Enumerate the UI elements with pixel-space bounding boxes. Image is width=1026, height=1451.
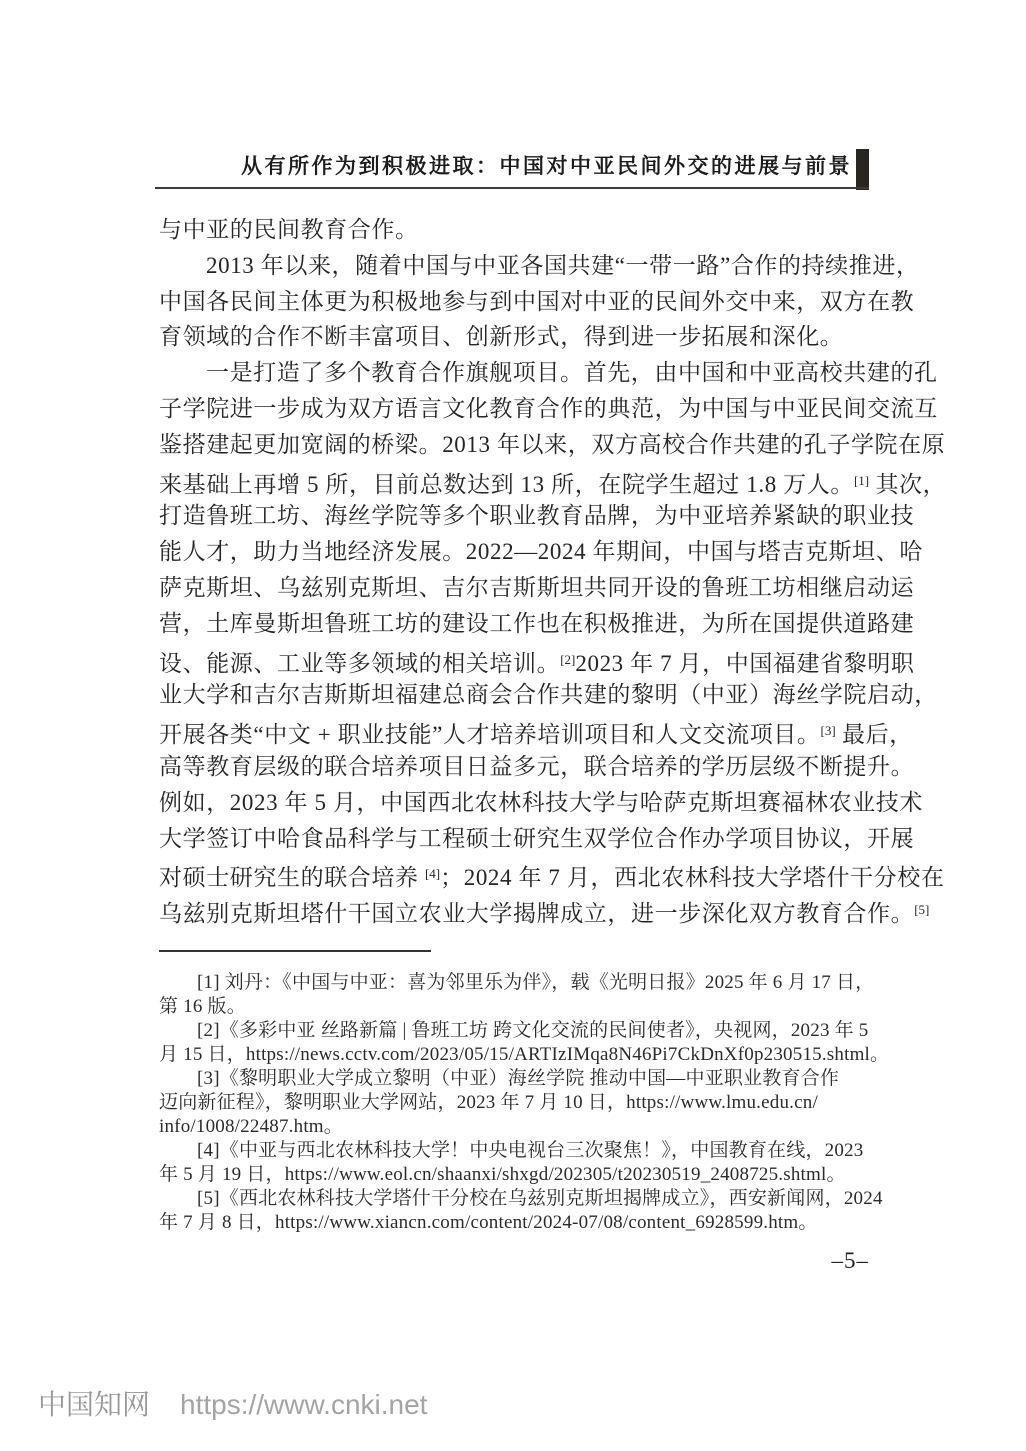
footnote-ref-marker: [2] <box>560 652 575 667</box>
footnote-ref-marker: [1] <box>854 473 869 488</box>
body-line-text: 打造鲁班工坊、海丝学院等多个职业教育品牌，为中亚培养紧缺的职业技 <box>159 503 914 528</box>
body-line: 与中亚的民间教育合作。 <box>159 212 871 248</box>
body-line-text: 子学院进一步成为双方语言文化教育合作的典范，为中国与中亚民间交流互 <box>159 396 938 421</box>
body-line-text: 例如，2023 年 5 月，中国西北农林科技大学与哈萨克斯坦赛福林农业技术 <box>159 790 923 815</box>
footnote-ref-marker: [5] <box>914 902 929 917</box>
body-line-text: 2023 年 7 月，中国福建省黎明职 <box>575 651 914 676</box>
body-line: 营，土库曼斯坦鲁班工坊的建设工作也在积极推进，为所在国提供道路建 <box>159 606 871 642</box>
body-line-text: 营，土库曼斯坦鲁班工坊的建设工作也在积极推进，为所在国提供道路建 <box>159 611 914 636</box>
footnote-line: 迈向新征程》，黎明职业大学网站，2023 年 7 月 10 日，https://… <box>159 1091 871 1115</box>
body-line: 中国各民间主体更为积极地参与到中国对中亚的民间外交中来，双方在教 <box>159 284 871 320</box>
body-line-text: 与中亚的民间教育合作。 <box>159 217 419 242</box>
body-line-text: 一是打造了多个教育合作旗舰项目。首先，由中国和中亚高校共建的孔 <box>206 360 938 385</box>
body-line: 高等教育层级的联合培养项目日益多元，联合培养的学历层级不断提升。 <box>159 749 871 785</box>
body-line-text: 2013 年以来，随着中国与中亚各国共建“一带一路”合作的持续推进， <box>206 253 920 278</box>
footnote-ref-marker: [3] <box>821 723 836 738</box>
footnote-line: [3]《黎明职业大学成立黎明（中亚）海丝学院 推动中国—中亚职业教育合作 <box>159 1067 871 1091</box>
footnote-line: 第 16 版。 <box>159 995 871 1019</box>
body-line: 乌兹别克斯坦塔什干国立农业大学揭牌成立，进一步深化双方教育合作。[5] <box>159 892 871 928</box>
body-line: 子学院进一步成为双方语言文化教育合作的典范，为中国与中亚民间交流互 <box>159 391 871 427</box>
body-line: 业大学和吉尔吉斯斯坦福建总商会合作共建的黎明（中亚）海丝学院启动， <box>159 677 871 713</box>
body-line-text: 设、能源、工业等多领域的相关培训。 <box>159 651 560 676</box>
body-line: 对硕士研究生的联合培养 [4]；2024 年 7 月，西北农林科技大学塔什干分校… <box>159 856 871 892</box>
body-line: 萨克斯坦、乌兹别克斯坦、吉尔吉斯斯坦共同开设的鲁班工坊相继启动运 <box>159 570 871 606</box>
cnki-logo-text: 中国知网 <box>38 1389 150 1420</box>
cnki-url-text: https://www.cnki.net <box>180 1389 427 1420</box>
footnote-line: [5]《西北农林科技大学塔什干分校在乌兹别克斯坦揭牌成立》，西安新闻网，2024 <box>159 1187 871 1211</box>
body-line: 来基础上再增 5 所，目前总数达到 13 所，在院学生超过 1.8 万人。[1]… <box>159 463 871 499</box>
body-line-text: 能人才，助力当地经济发展。2022—2024 年期间，中国与塔吉克斯坦、哈 <box>159 539 923 564</box>
body-line-text: 育领域的合作不断丰富项目、创新形式，得到进一步拓展和深化。 <box>159 324 843 349</box>
body-line: 育领域的合作不断丰富项目、创新形式，得到进一步拓展和深化。 <box>159 319 871 355</box>
body-line: 设、能源、工业等多领域的相关培训。[2]2023 年 7 月，中国福建省黎明职 <box>159 642 871 678</box>
body-line-text: 其次， <box>869 472 946 497</box>
body-line: 例如，2023 年 5 月，中国西北农林科技大学与哈萨克斯坦赛福林农业技术 <box>159 785 871 821</box>
body-line-text: 最后， <box>836 722 913 747</box>
body-line: 鉴搭建起更加宽阔的桥梁。2013 年以来，双方高校合作共建的孔子学院在原 <box>159 427 871 463</box>
body-line-text: 开展各类“中文 + 职业技能”人才培养培训项目和人文交流项目。 <box>159 722 821 747</box>
body-line-text: 高等教育层级的联合培养项目日益多元，联合培养的学历层级不断提升。 <box>159 754 914 779</box>
header-rule <box>155 187 869 189</box>
footnote-ref-marker: [4] <box>425 866 440 881</box>
body-line: 一是打造了多个教育合作旗舰项目。首先，由中国和中亚高校共建的孔 <box>159 355 871 391</box>
body-line: 能人才，助力当地经济发展。2022—2024 年期间，中国与塔吉克斯坦、哈 <box>159 534 871 570</box>
page-number: –5– <box>155 1248 869 1274</box>
footnote-separator <box>159 950 431 952</box>
body-line: 打造鲁班工坊、海丝学院等多个职业教育品牌，为中亚培养紧缺的职业技 <box>159 498 871 534</box>
body-line-text: 乌兹别克斯坦塔什干国立农业大学揭牌成立，进一步深化双方教育合作。 <box>159 901 914 926</box>
body-line-text: 萨克斯坦、乌兹别克斯坦、吉尔吉斯斯坦共同开设的鲁班工坊相继启动运 <box>159 575 914 600</box>
body-line: 大学签订中哈食品科学与工程硕士研究生双学位合作办学项目协议，开展 <box>159 821 871 857</box>
body-line-text: 大学签订中哈食品科学与工程硕士研究生双学位合作办学项目协议，开展 <box>159 826 914 851</box>
document-page: 从有所作为到积极进取：中国对中亚民间外交的进展与前景 与中亚的民间教育合作。20… <box>0 0 1026 1451</box>
body-text: 与中亚的民间教育合作。2013 年以来，随着中国与中亚各国共建“一带一路”合作的… <box>159 212 871 928</box>
body-line: 开展各类“中文 + 职业技能”人才培养培训项目和人文交流项目。[3] 最后， <box>159 713 871 749</box>
header-corner-block <box>856 149 869 190</box>
footnote-line: info/1008/22487.htm。 <box>159 1115 871 1139</box>
body-line-text: 来基础上再增 5 所，目前总数达到 13 所，在院学生超过 1.8 万人。 <box>159 472 854 497</box>
body-line-text: 鉴搭建起更加宽阔的桥梁。2013 年以来，双方高校合作共建的孔子学院在原 <box>159 432 945 457</box>
footnote-line: [1] 刘丹：《中国与中亚：喜为邻里乐为伴》，载《光明日报》2025 年 6 月… <box>159 971 871 995</box>
footnote-line: 年 5 月 19 日，https://www.eol.cn/shaanxi/sh… <box>159 1163 871 1187</box>
running-header-title: 从有所作为到积极进取：中国对中亚民间外交的进展与前景 <box>155 150 852 180</box>
footnote-line: 年 7 月 8 日，https://www.xiancn.com/content… <box>159 1211 871 1235</box>
footnote-line: 月 15 日，https://news.cctv.com/2023/05/15/… <box>159 1043 871 1067</box>
footnote-line: [2]《多彩中亚 丝路新篇 | 鲁班工坊 跨文化交流的民间使者》，央视网，202… <box>159 1019 871 1043</box>
cnki-watermark: 中国知网https://www.cnki.net <box>38 1383 427 1423</box>
body-line-text: 业大学和吉尔吉斯斯坦福建总商会合作共建的黎明（中亚）海丝学院启动， <box>159 682 938 707</box>
footnotes: [1] 刘丹：《中国与中亚：喜为邻里乐为伴》，载《光明日报》2025 年 6 月… <box>159 971 871 1235</box>
footnote-line: [4]《中亚与西北农林科技大学！中央电视台三次聚焦！》，中国教育在线，2023 <box>159 1139 871 1163</box>
body-line-text: 对硕士研究生的联合培养 <box>159 865 425 890</box>
body-line: 2013 年以来，随着中国与中亚各国共建“一带一路”合作的持续推进， <box>159 248 871 284</box>
body-line-text: ；2024 年 7 月，西北农林科技大学塔什干分校在 <box>440 865 944 890</box>
body-line-text: 中国各民间主体更为积极地参与到中国对中亚的民间外交中来，双方在教 <box>159 289 914 314</box>
